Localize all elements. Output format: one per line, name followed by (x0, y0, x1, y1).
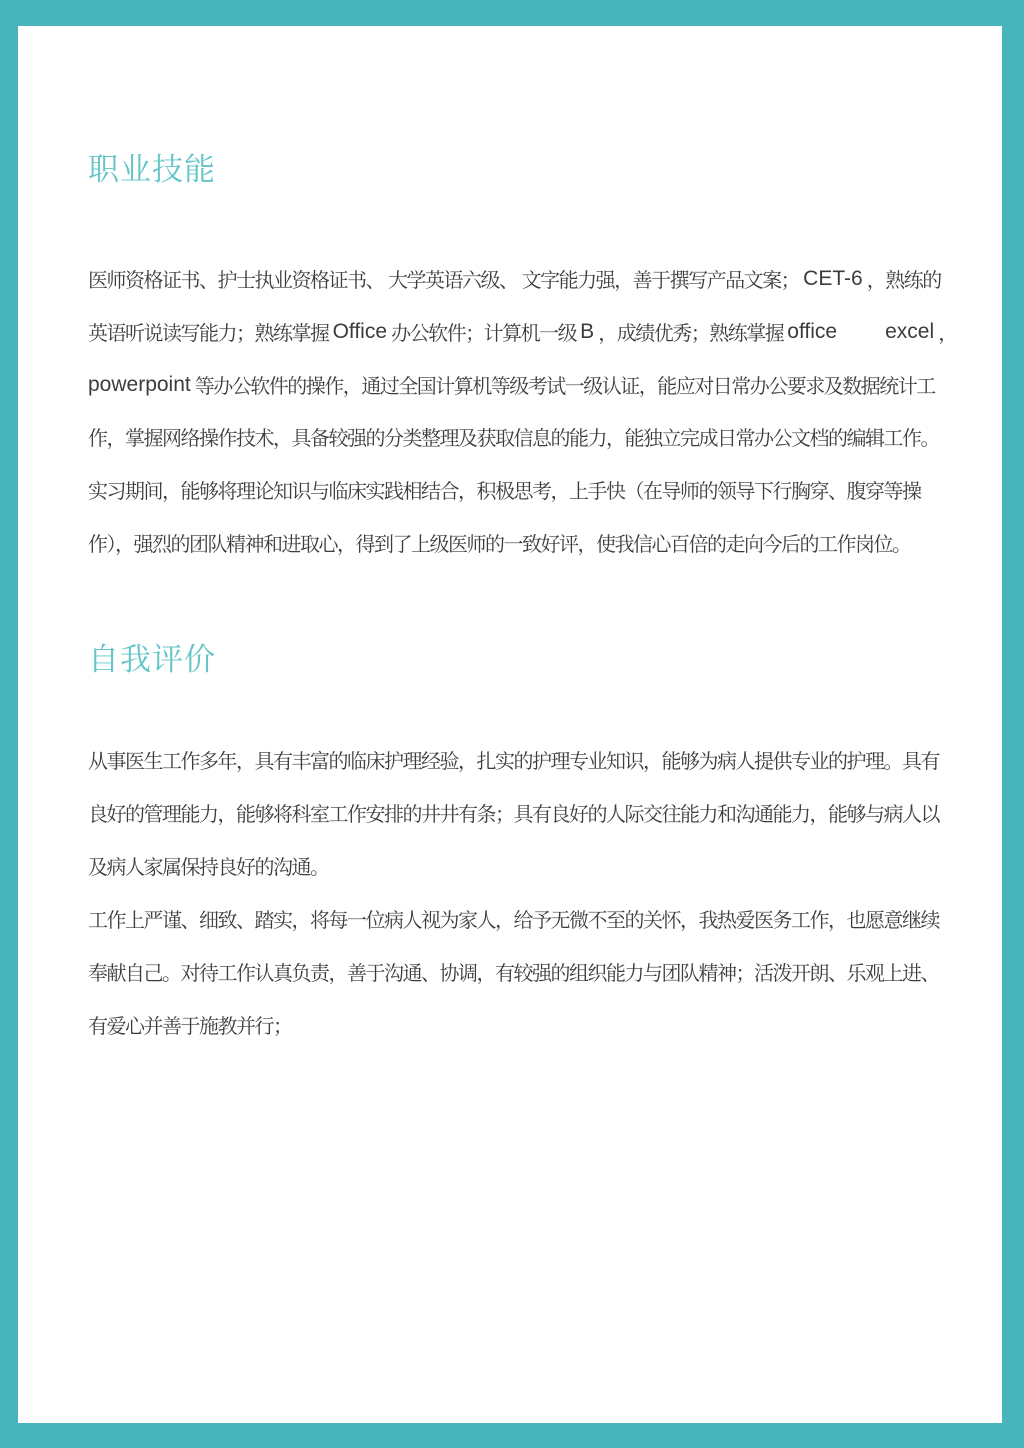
text-line: 良好的管理能力，能够将科室工作安排的井井有条；具有良好的人际交往能力和沟通能力，… (88, 789, 935, 842)
text-line: 工作上严谨、细致、踏实，将每一位病人视为家人，给予无微不至的关怀，我热爱医务工作… (88, 895, 935, 948)
text-segment: 等办公软件的操作，通过全国计算机等级考试一级认证，能应对日常办公要求及数据统计工 (191, 376, 935, 398)
text-segment: 及病人家属保持良好的沟通。 (88, 857, 329, 879)
text-line: powerpoint 等办公软件的操作，通过全国计算机等级考试一级认证，能应对日… (88, 360, 935, 413)
text-line: 及病人家属保持良好的沟通。 (88, 842, 935, 895)
text-segment: 从事医生工作多年，具有丰富的临床护理经验，扎实的护理专业知识，能够为病人提供专业… (88, 751, 939, 773)
text-segment: 办公软件；计算机一级 (387, 323, 580, 345)
text-segment: 工作上严谨、细致、踏实，将每一位病人视为家人，给予无微不至的关怀，我热爱医务工作… (88, 910, 939, 932)
text-segment: 有爱心并善于施教并行； (88, 1016, 292, 1038)
paragraph: 工作上严谨、细致、踏实，将每一位病人视为家人，给予无微不至的关怀，我热爱医务工作… (88, 895, 935, 1054)
text-line: 奉献自己。对待工作认真负责，善于沟通、协调，有较强的组织能力与团队精神；活泼开朗… (88, 948, 935, 1001)
text-segment: 英语听说读写能力；熟练掌握 (88, 323, 333, 345)
section-heading: 自我评价 (88, 638, 935, 682)
text-segment: 作），强烈的团队精神和进取心，得到了上级医师的一致好评，使我信心百倍的走向今后的… (88, 534, 911, 556)
text-segment: B (580, 320, 594, 343)
section-1: 自我评价从事医生工作多年，具有丰富的临床护理经验，扎实的护理专业知识，能够为病人… (88, 638, 935, 1054)
text-segment: 奉献自己。对待工作认真负责，善于沟通、协调，有较强的组织能力与团队精神；活泼开朗… (88, 963, 939, 985)
text-line: 从事医生工作多年，具有丰富的临床护理经验，扎实的护理专业知识，能够为病人提供专业… (88, 736, 935, 789)
text-segment: ，熟练的 (863, 270, 941, 292)
text-line: 实习期间，能够将理论知识与临床实践相结合，积极思考，上手快（在导师的领导下行胸穿… (88, 466, 935, 519)
text-line: 作，掌握网络操作技术，具备较强的分类整理及获取信息的能力，能独立完成日常办公文档… (88, 413, 935, 466)
text-segment: office (787, 320, 837, 343)
paragraph: 从事医生工作多年，具有丰富的临床护理经验，扎实的护理专业知识，能够为病人提供专业… (88, 736, 935, 895)
text-segment: 良好的管理能力，能够将科室工作安排的井井有条；具有良好的人际交往能力和沟通能力，… (88, 804, 939, 826)
text-segment: powerpoint (88, 373, 191, 396)
text-segment: 医师资格证书、护士执业资格证书、 大学英语六级、 文字能力强，善于撰写产品文案； (88, 270, 803, 292)
paragraph: 医师资格证书、护士执业资格证书、 大学英语六级、 文字能力强，善于撰写产品文案；… (88, 254, 935, 572)
text-segment: ， (934, 323, 957, 345)
text-segment: ，成绩优秀；熟练掌握 (594, 323, 787, 345)
text-line: 英语听说读写能力；熟练掌握 Office 办公软件；计算机一级 B ，成绩优秀；… (88, 307, 935, 360)
resume-content: 职业技能医师资格证书、护士执业资格证书、 大学英语六级、 文字能力强，善于撰写产… (18, 148, 1002, 1054)
section-heading: 职业技能 (88, 148, 935, 192)
text-line: 医师资格证书、护士执业资格证书、 大学英语六级、 文字能力强，善于撰写产品文案；… (88, 254, 935, 307)
text-segment: 作，掌握网络操作技术，具备较强的分类整理及获取信息的能力，能独立完成日常办公文档… (88, 428, 939, 450)
text-line: 作），强烈的团队精神和进取心，得到了上级医师的一致好评，使我信心百倍的走向今后的… (88, 519, 935, 572)
text-segment: 实习期间，能够将理论知识与临床实践相结合，积极思考，上手快（在导师的领导下行胸穿… (88, 481, 921, 503)
text-segment: CET-6 (803, 267, 863, 290)
resume-page: 职业技能医师资格证书、护士执业资格证书、 大学英语六级、 文字能力强，善于撰写产… (0, 0, 1024, 1448)
text-line: 有爱心并善于施教并行； (88, 1001, 935, 1054)
text-segment: excel (885, 320, 934, 343)
text-segment: Office (333, 320, 387, 343)
section-0: 职业技能医师资格证书、护士执业资格证书、 大学英语六级、 文字能力强，善于撰写产… (88, 148, 935, 572)
